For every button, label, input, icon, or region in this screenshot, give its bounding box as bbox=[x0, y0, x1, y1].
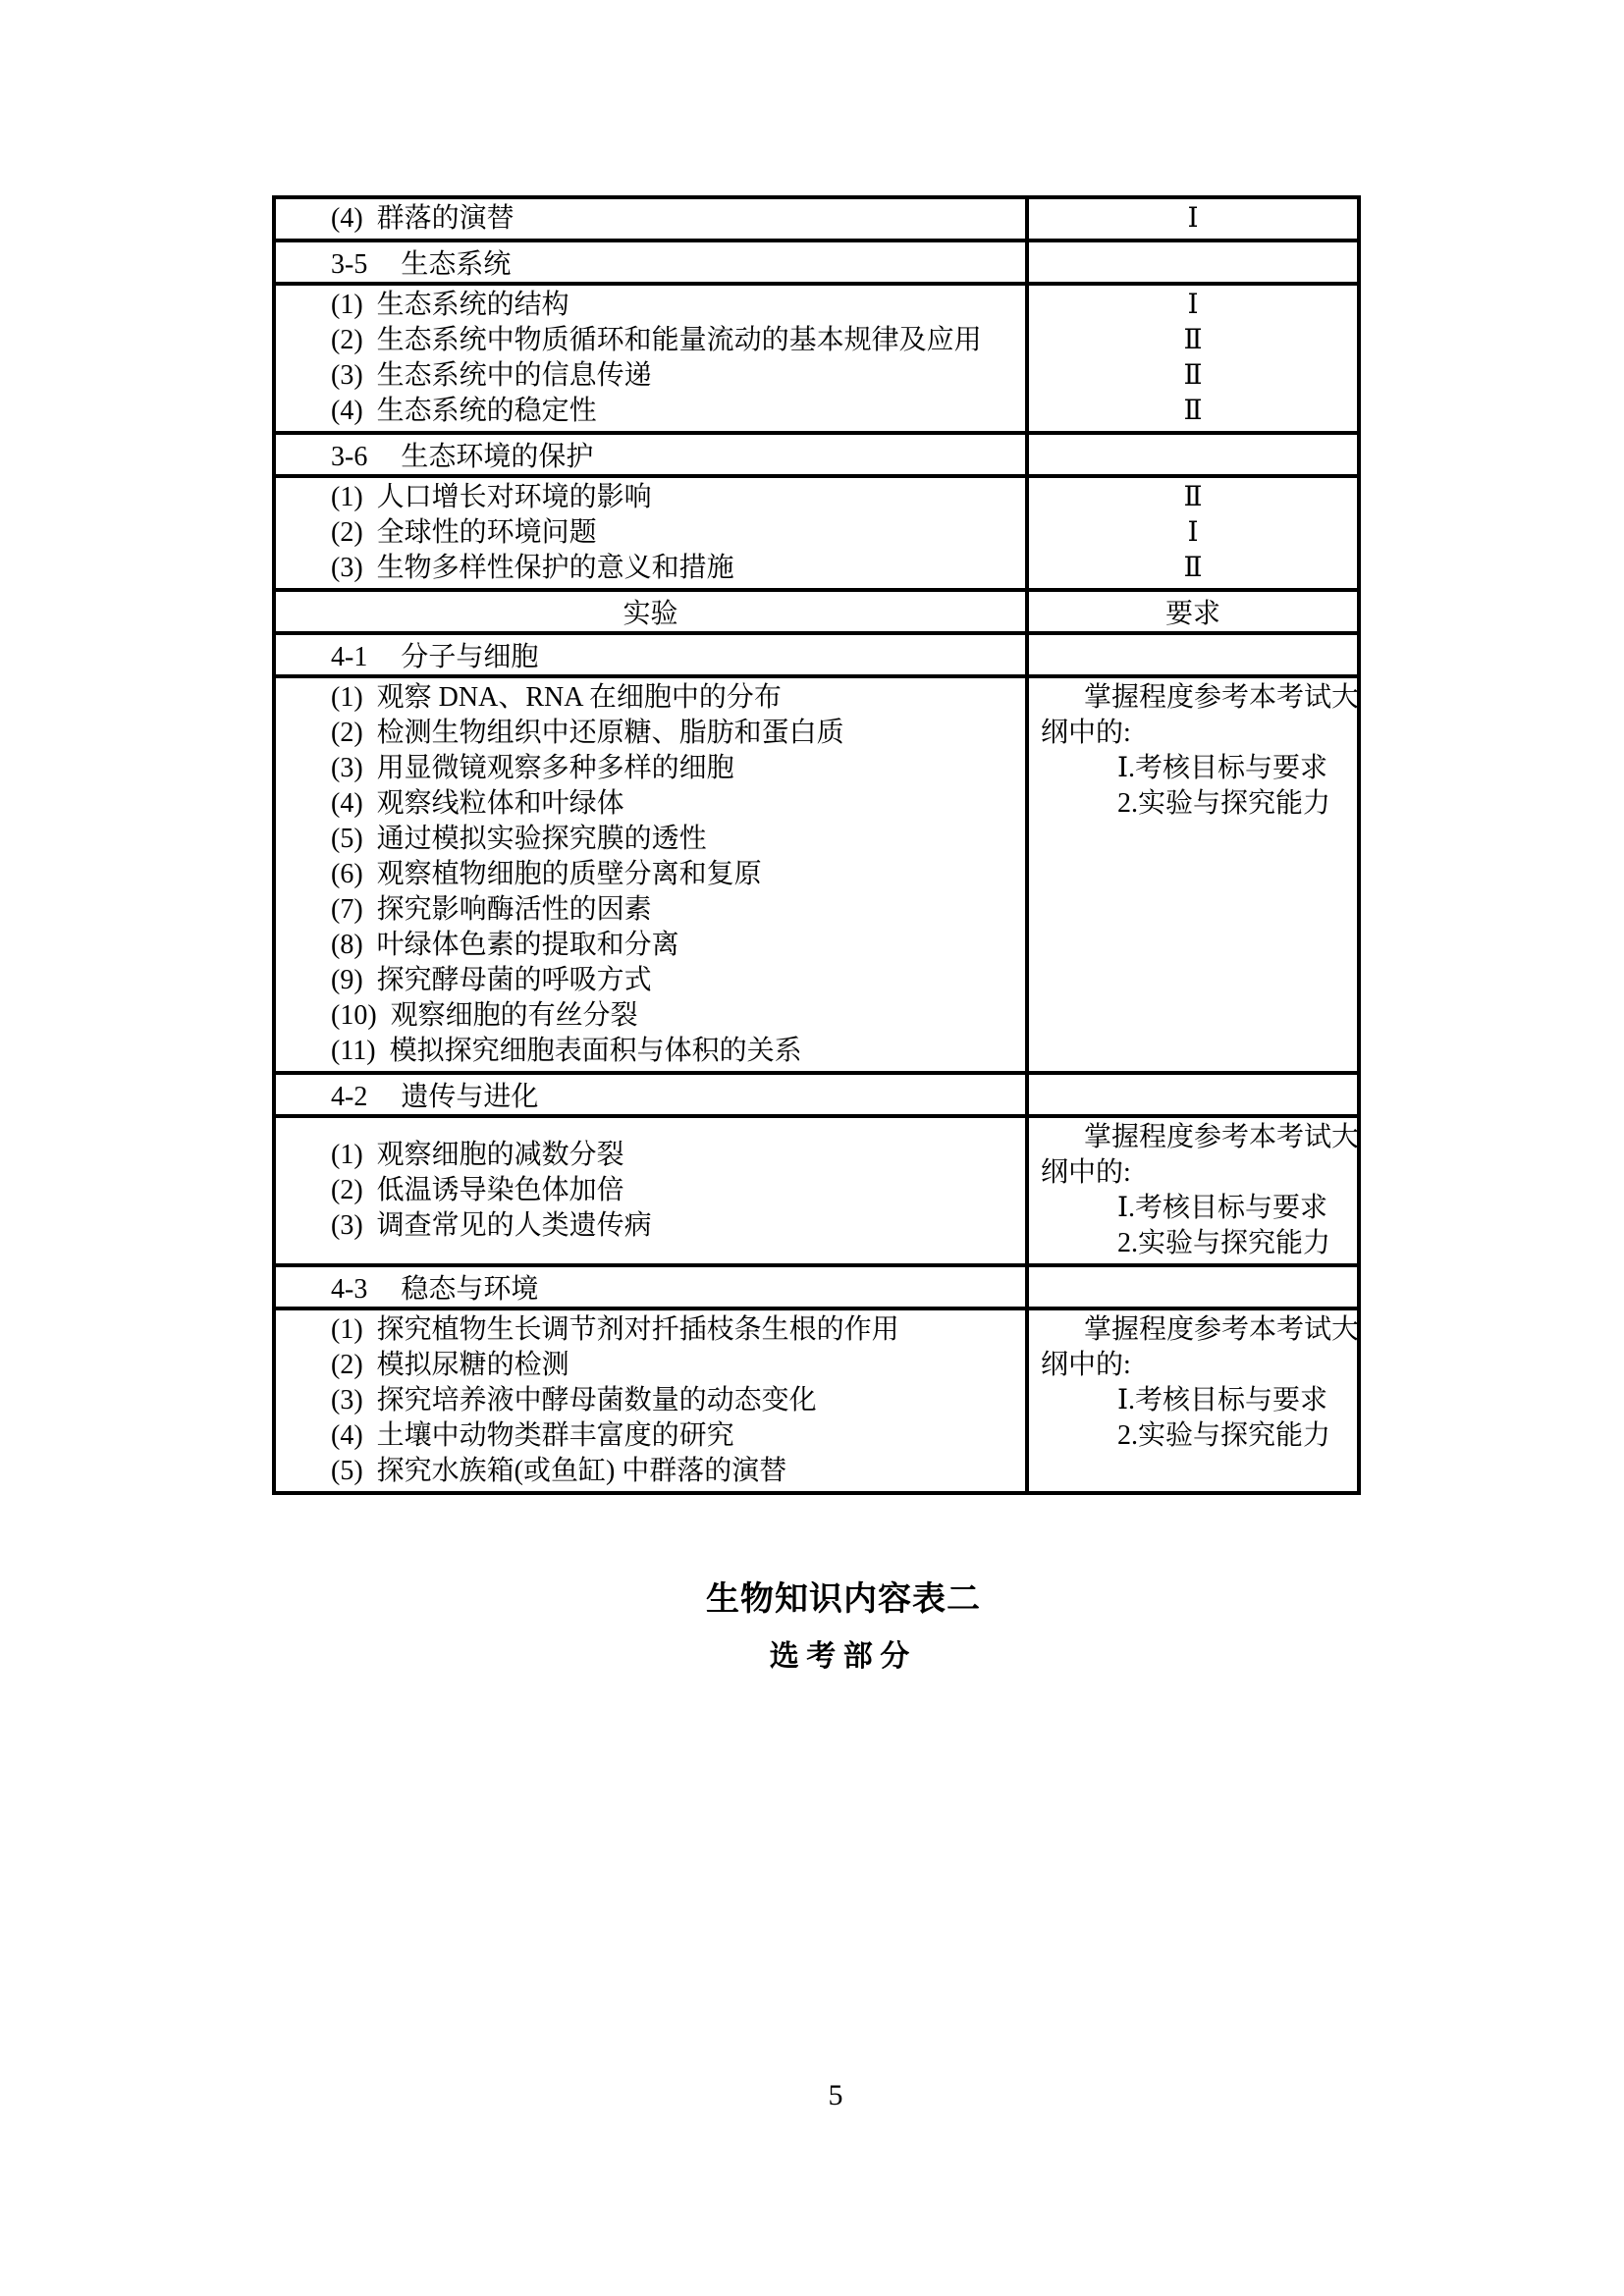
requirement-column-header: 要求 bbox=[1027, 590, 1359, 633]
section-code: 4-1 bbox=[331, 642, 367, 672]
requirement-line: 纲中的: bbox=[1041, 1155, 1347, 1191]
section-name: 分子与细胞 bbox=[401, 642, 538, 672]
item-text: 生态系统中物质循环和能量流动的基本规律及应用 bbox=[377, 325, 982, 355]
item-text: 调查常见的人类遗传病 bbox=[377, 1210, 652, 1241]
knowledge-points-cell: (4)群落的演替 bbox=[274, 197, 1027, 240]
level-marks-cell: Ⅰ bbox=[1027, 197, 1359, 240]
item-number: (4) bbox=[331, 788, 363, 819]
experiments-cell: (1)探究植物生长调节剂对扦插枝条生根的作用(2)模拟尿糖的检测(3)探究培养液… bbox=[274, 1308, 1027, 1493]
item-number: (1) bbox=[331, 482, 363, 512]
experiment-item: (2)模拟尿糖的检测 bbox=[331, 1348, 1017, 1383]
experiment-item: (7)探究影响酶活性的因素 bbox=[331, 892, 1017, 928]
item-number: (3) bbox=[331, 753, 363, 783]
item-number: (3) bbox=[331, 553, 363, 583]
item-text: 探究酵母菌的呼吸方式 bbox=[377, 965, 652, 995]
item-number: (3) bbox=[331, 1210, 363, 1241]
item-number: (1) bbox=[331, 1140, 363, 1170]
item-number: (3) bbox=[331, 1385, 363, 1415]
item-number: (8) bbox=[331, 930, 363, 960]
knowledge-points-cell: (1)生态系统的结构(2)生态系统中物质循环和能量流动的基本规律及应用(3)生态… bbox=[274, 284, 1027, 433]
experiment-item: (3)用显微镜观察多种多样的细胞 bbox=[331, 751, 1017, 786]
empty-requirement-cell bbox=[1027, 1265, 1359, 1308]
table-row-knowledge: (1)生态系统的结构(2)生态系统中物质循环和能量流动的基本规律及应用(3)生态… bbox=[274, 284, 1359, 433]
item-number: (4) bbox=[331, 203, 363, 234]
item-text: 人口增长对环境的影响 bbox=[377, 482, 652, 512]
experiment-item: (4)观察线粒体和叶绿体 bbox=[331, 786, 1017, 822]
table-row-section: 4-1分子与细胞 bbox=[274, 633, 1359, 676]
section-name: 遗传与进化 bbox=[401, 1082, 538, 1112]
experiment-item: (2)低温诱导染色体加倍 bbox=[331, 1173, 1017, 1208]
knowledge-point: (4)生态系统的稳定性 bbox=[331, 394, 1017, 429]
knowledge-point: (1)生态系统的结构 bbox=[331, 288, 1017, 323]
experiment-item: (2)检测生物组织中还原糖、脂肪和蛋白质 bbox=[331, 716, 1017, 751]
level-marks-cell: ⅠⅡⅡⅡ bbox=[1027, 284, 1359, 433]
empty-requirement-cell bbox=[1027, 433, 1359, 476]
section-code: 3-6 bbox=[331, 442, 367, 472]
knowledge-points-cell: (1)人口增长对环境的影响(2)全球性的环境问题(3)生物多样性保护的意义和措施 bbox=[274, 476, 1027, 590]
content-table: (4)群落的演替Ⅰ3-5生态系统(1)生态系统的结构(2)生态系统中物质循环和能… bbox=[272, 195, 1361, 1495]
requirement-cell: 掌握程度参考本考试大纲中的:Ⅰ.考核目标与要求2.实验与探究能力 bbox=[1027, 676, 1359, 1073]
table-row-experiments: (1)观察 DNA、RNA 在细胞中的分布(2)检测生物组织中还原糖、脂肪和蛋白… bbox=[274, 676, 1359, 1073]
requirement-line: 2.实验与探究能力 bbox=[1041, 786, 1347, 822]
section-heading-cell: 3-5生态系统 bbox=[274, 240, 1027, 284]
item-number: (7) bbox=[331, 894, 363, 925]
experiment-item: (3)探究培养液中酵母菌数量的动态变化 bbox=[331, 1383, 1017, 1418]
experiment-item: (6)观察植物细胞的质壁分离和复原 bbox=[331, 857, 1017, 892]
level-mark: Ⅱ bbox=[1029, 358, 1357, 394]
item-text: 探究培养液中酵母菌数量的动态变化 bbox=[377, 1385, 817, 1415]
requirement-cell: 掌握程度参考本考试大纲中的:Ⅰ.考核目标与要求2.实验与探究能力 bbox=[1027, 1308, 1359, 1493]
empty-requirement-cell bbox=[1027, 240, 1359, 284]
item-text: 探究影响酶活性的因素 bbox=[377, 894, 652, 925]
table-row-experiments: (1)探究植物生长调节剂对扦插枝条生根的作用(2)模拟尿糖的检测(3)探究培养液… bbox=[274, 1308, 1359, 1493]
item-number: (10) bbox=[331, 1000, 377, 1031]
experiment-item: (1)观察细胞的减数分裂 bbox=[331, 1138, 1017, 1173]
requirement-line: 纲中的: bbox=[1041, 1348, 1347, 1383]
requirement-line: 纲中的: bbox=[1041, 716, 1347, 751]
table-row-section: 3-5生态系统 bbox=[274, 240, 1359, 284]
item-number: (1) bbox=[331, 682, 363, 713]
knowledge-point: (1)人口增长对环境的影响 bbox=[331, 480, 1017, 515]
section-name: 生态系统 bbox=[401, 249, 511, 280]
item-number: (6) bbox=[331, 859, 363, 889]
page-number: 5 bbox=[24, 2079, 1624, 2112]
item-number: (1) bbox=[331, 1314, 363, 1345]
table-row-section: 4-2遗传与进化 bbox=[274, 1073, 1359, 1116]
item-text: 群落的演替 bbox=[377, 203, 514, 234]
item-text: 生物多样性保护的意义和措施 bbox=[377, 553, 734, 583]
section-name: 稳态与环境 bbox=[401, 1274, 538, 1305]
item-text: 探究植物生长调节剂对扦插枝条生根的作用 bbox=[377, 1314, 899, 1345]
item-number: (11) bbox=[331, 1036, 376, 1066]
requirement-line: 2.实验与探究能力 bbox=[1041, 1418, 1347, 1454]
section-name: 生态环境的保护 bbox=[401, 442, 593, 472]
table-row-section: 4-3稳态与环境 bbox=[274, 1265, 1359, 1308]
item-text: 生态系统的稳定性 bbox=[377, 396, 597, 426]
requirement-line: 2.实验与探究能力 bbox=[1041, 1226, 1347, 1261]
requirement-line: Ⅰ.考核目标与要求 bbox=[1041, 1383, 1347, 1418]
empty-requirement-cell bbox=[1027, 633, 1359, 676]
content-table-body: (4)群落的演替Ⅰ3-5生态系统(1)生态系统的结构(2)生态系统中物质循环和能… bbox=[274, 197, 1359, 1493]
item-text: 观察线粒体和叶绿体 bbox=[377, 788, 624, 819]
item-text: 通过模拟实验探究膜的透性 bbox=[377, 824, 707, 854]
empty-requirement-cell bbox=[1027, 1073, 1359, 1116]
requirement-cell: 掌握程度参考本考试大纲中的:Ⅰ.考核目标与要求2.实验与探究能力 bbox=[1027, 1116, 1359, 1265]
document-page: (4)群落的演替Ⅰ3-5生态系统(1)生态系统的结构(2)生态系统中物质循环和能… bbox=[0, 0, 1624, 2296]
section-heading-cell: 4-2遗传与进化 bbox=[274, 1073, 1027, 1116]
item-number: (3) bbox=[331, 360, 363, 391]
knowledge-point: (2)全球性的环境问题 bbox=[331, 515, 1017, 551]
table-row-experiments: (1)观察细胞的减数分裂(2)低温诱导染色体加倍(3)调查常见的人类遗传病掌握程… bbox=[274, 1116, 1359, 1265]
table2-subtitle: 选 考 部 分 bbox=[27, 1631, 1624, 1675]
knowledge-point: (2)生态系统中物质循环和能量流动的基本规律及应用 bbox=[331, 323, 1017, 358]
item-text: 观察植物细胞的质壁分离和复原 bbox=[377, 859, 762, 889]
item-number: (2) bbox=[331, 1175, 363, 1205]
level-mark: Ⅰ bbox=[1029, 515, 1357, 551]
experiment-item: (1)探究植物生长调节剂对扦插枝条生根的作用 bbox=[331, 1312, 1017, 1348]
table-row-section: 3-6生态环境的保护 bbox=[274, 433, 1359, 476]
level-marks-cell: ⅡⅠⅡ bbox=[1027, 476, 1359, 590]
experiment-item: (9)探究酵母菌的呼吸方式 bbox=[331, 963, 1017, 998]
item-number: (9) bbox=[331, 965, 363, 995]
item-text: 检测生物组织中还原糖、脂肪和蛋白质 bbox=[377, 718, 844, 748]
item-text: 探究水族箱(或鱼缸) 中群落的演替 bbox=[377, 1456, 787, 1486]
item-number: (2) bbox=[331, 325, 363, 355]
experiment-item: (5)通过模拟实验探究膜的透性 bbox=[331, 822, 1017, 857]
item-number: (5) bbox=[331, 824, 363, 854]
section-code: 3-5 bbox=[331, 249, 367, 280]
requirement-line: 掌握程度参考本考试大 bbox=[1041, 1120, 1347, 1155]
level-mark: Ⅰ bbox=[1029, 288, 1357, 323]
experiment-item: (8)叶绿体色素的提取和分离 bbox=[331, 928, 1017, 963]
knowledge-point: (3)生物多样性保护的意义和措施 bbox=[331, 551, 1017, 586]
section-heading-cell: 4-1分子与细胞 bbox=[274, 633, 1027, 676]
table-row-colheader: 实验要求 bbox=[274, 590, 1359, 633]
experiment-item: (10)观察细胞的有丝分裂 bbox=[331, 998, 1017, 1034]
requirement-line: Ⅰ.考核目标与要求 bbox=[1041, 1191, 1347, 1226]
table-row-knowledge: (4)群落的演替Ⅰ bbox=[274, 197, 1359, 240]
item-text: 土壤中动物类群丰富度的研究 bbox=[377, 1420, 734, 1451]
item-text: 模拟探究细胞表面积与体积的关系 bbox=[390, 1036, 802, 1066]
experiment-item: (1)观察 DNA、RNA 在细胞中的分布 bbox=[331, 680, 1017, 716]
item-text: 观察细胞的有丝分裂 bbox=[391, 1000, 638, 1031]
experiment-item: (3)调查常见的人类遗传病 bbox=[331, 1208, 1017, 1244]
experiment-item: (4)土壤中动物类群丰富度的研究 bbox=[331, 1418, 1017, 1454]
level-mark: Ⅱ bbox=[1029, 480, 1357, 515]
level-mark: Ⅱ bbox=[1029, 551, 1357, 586]
item-number: (2) bbox=[331, 517, 363, 548]
section-code: 4-2 bbox=[331, 1082, 367, 1112]
item-number: (4) bbox=[331, 396, 363, 426]
level-mark: Ⅱ bbox=[1029, 323, 1357, 358]
item-text: 用显微镜观察多种多样的细胞 bbox=[377, 753, 734, 783]
experiments-cell: (1)观察 DNA、RNA 在细胞中的分布(2)检测生物组织中还原糖、脂肪和蛋白… bbox=[274, 676, 1027, 1073]
item-text: 生态系统的结构 bbox=[377, 290, 569, 320]
item-number: (5) bbox=[331, 1456, 363, 1486]
experiments-cell: (1)观察细胞的减数分裂(2)低温诱导染色体加倍(3)调查常见的人类遗传病 bbox=[274, 1116, 1027, 1265]
experiment-item: (5)探究水族箱(或鱼缸) 中群落的演替 bbox=[331, 1454, 1017, 1489]
table-row-knowledge: (1)人口增长对环境的影响(2)全球性的环境问题(3)生物多样性保护的意义和措施… bbox=[274, 476, 1359, 590]
requirement-line: 掌握程度参考本考试大 bbox=[1041, 680, 1347, 716]
section-heading-cell: 4-3稳态与环境 bbox=[274, 1265, 1027, 1308]
item-text: 低温诱导染色体加倍 bbox=[377, 1175, 624, 1205]
knowledge-point: (4)群落的演替 bbox=[331, 201, 1017, 237]
item-text: 模拟尿糖的检测 bbox=[377, 1350, 569, 1380]
level-mark: Ⅰ bbox=[1029, 201, 1357, 237]
experiments-column-header: 实验 bbox=[274, 590, 1027, 633]
item-number: (2) bbox=[331, 1350, 363, 1380]
level-mark: Ⅱ bbox=[1029, 394, 1357, 429]
experiment-item: (11)模拟探究细胞表面积与体积的关系 bbox=[331, 1034, 1017, 1069]
item-text: 观察细胞的减数分裂 bbox=[377, 1140, 624, 1170]
requirement-line: Ⅰ.考核目标与要求 bbox=[1041, 751, 1347, 786]
knowledge-point: (3)生态系统中的信息传递 bbox=[331, 358, 1017, 394]
requirement-line: 掌握程度参考本考试大 bbox=[1041, 1312, 1347, 1348]
item-text: 叶绿体色素的提取和分离 bbox=[377, 930, 679, 960]
section-code: 4-3 bbox=[331, 1274, 367, 1305]
item-text: 全球性的环境问题 bbox=[377, 517, 597, 548]
section-heading-cell: 3-6生态环境的保护 bbox=[274, 433, 1027, 476]
item-number: (1) bbox=[331, 290, 363, 320]
item-text: 观察 DNA、RNA 在细胞中的分布 bbox=[377, 682, 782, 713]
item-number: (2) bbox=[331, 718, 363, 748]
table2-title: 生物知识内容表二 bbox=[31, 1572, 1624, 1620]
item-text: 生态系统中的信息传递 bbox=[377, 360, 652, 391]
item-number: (4) bbox=[331, 1420, 363, 1451]
